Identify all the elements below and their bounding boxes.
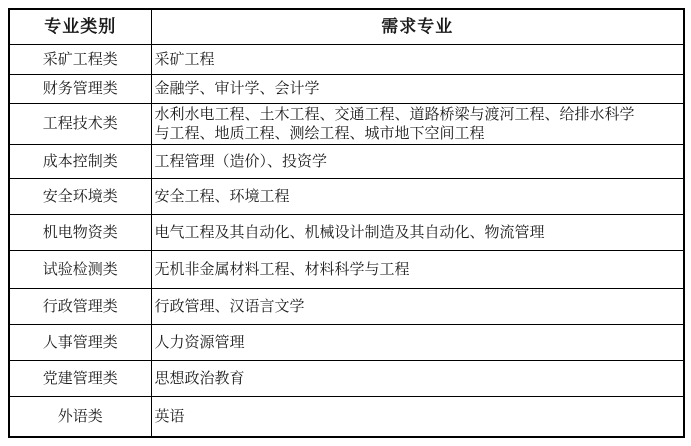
category-cell: 成本控制类 bbox=[9, 144, 151, 178]
table-row: 外语类 英语 bbox=[9, 396, 684, 437]
majors-cell: 英语 bbox=[151, 396, 684, 437]
category-cell: 财务管理类 bbox=[9, 74, 151, 103]
majors-cell: 人力资源管理 bbox=[151, 324, 684, 360]
table-row: 党建管理类 思想政治教育 bbox=[9, 360, 684, 396]
majors-cell: 思想政治教育 bbox=[151, 360, 684, 396]
table-row: 试验检测类 无机非金属材料工程、材料科学与工程 bbox=[9, 250, 684, 288]
table-row: 采矿工程类 采矿工程 bbox=[9, 44, 684, 74]
majors-cell: 工程管理（造价）、投资学 bbox=[151, 144, 684, 178]
table-row: 工程技术类 水利水电工程、土木工程、交通工程、道路桥梁与渡河工程、给排水科学与工… bbox=[9, 103, 684, 144]
category-cell: 行政管理类 bbox=[9, 288, 151, 324]
majors-cell: 行政管理、汉语言文学 bbox=[151, 288, 684, 324]
table-row: 安全环境类 安全工程、环境工程 bbox=[9, 178, 684, 214]
majors-cell: 水利水电工程、土木工程、交通工程、道路桥梁与渡河工程、给排水科学与工程、地质工程… bbox=[151, 103, 684, 144]
category-cell: 机电物资类 bbox=[9, 214, 151, 250]
table-row: 机电物资类 电气工程及其自动化、机械设计制造及其自动化、物流管理 bbox=[9, 214, 684, 250]
majors-cell: 金融学、审计学、会计学 bbox=[151, 74, 684, 103]
header-row: 专业类别 需求专业 bbox=[9, 9, 684, 44]
category-cell: 党建管理类 bbox=[9, 360, 151, 396]
table-row: 人事管理类 人力资源管理 bbox=[9, 324, 684, 360]
majors-cell: 安全工程、环境工程 bbox=[151, 178, 684, 214]
table-row: 成本控制类 工程管理（造价）、投资学 bbox=[9, 144, 684, 178]
header-majors: 需求专业 bbox=[151, 9, 684, 44]
category-cell: 人事管理类 bbox=[9, 324, 151, 360]
majors-cell: 采矿工程 bbox=[151, 44, 684, 74]
header-category: 专业类别 bbox=[9, 9, 151, 44]
category-cell: 外语类 bbox=[9, 396, 151, 437]
majors-cell: 电气工程及其自动化、机械设计制造及其自动化、物流管理 bbox=[151, 214, 684, 250]
majors-cell: 无机非金属材料工程、材料科学与工程 bbox=[151, 250, 684, 288]
category-cell: 采矿工程类 bbox=[9, 44, 151, 74]
category-cell: 安全环境类 bbox=[9, 178, 151, 214]
table-row: 财务管理类 金融学、审计学、会计学 bbox=[9, 74, 684, 103]
category-cell: 工程技术类 bbox=[9, 103, 151, 144]
majors-requirement-table: 专业类别 需求专业 采矿工程类 采矿工程 财务管理类 金融学、审计学、会计学 工… bbox=[8, 8, 685, 438]
category-cell: 试验检测类 bbox=[9, 250, 151, 288]
table-row: 行政管理类 行政管理、汉语言文学 bbox=[9, 288, 684, 324]
